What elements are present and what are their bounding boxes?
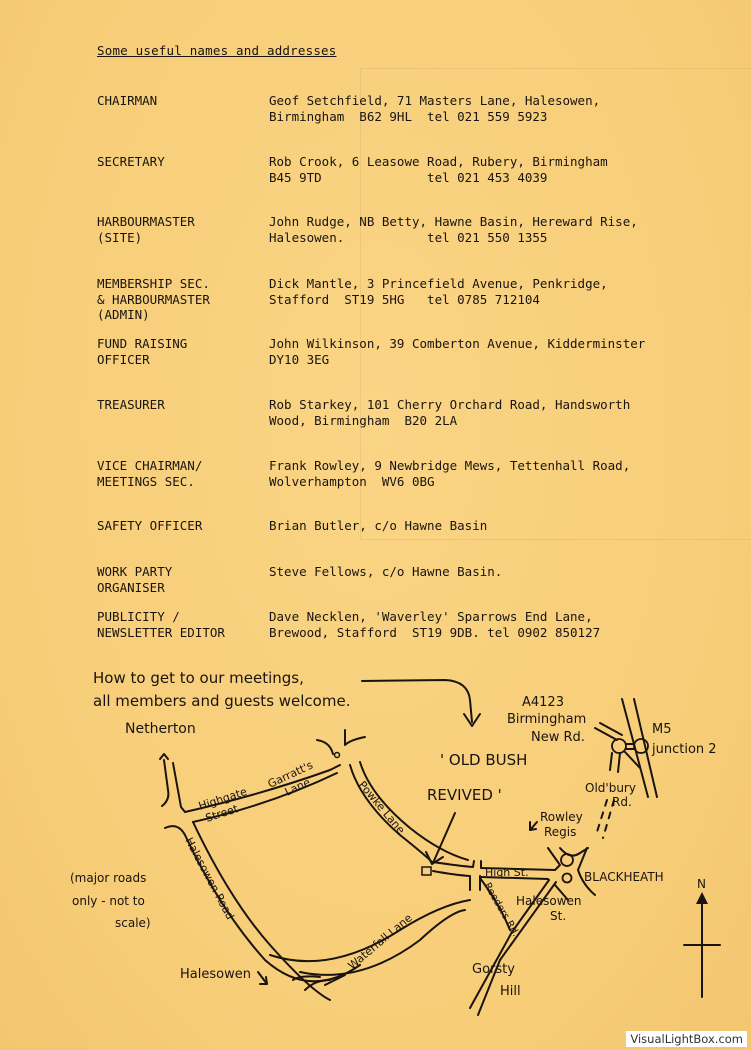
contact-address: Geof Setchfield, 71 Masters Lane, Haleso… <box>269 93 739 124</box>
road-a4123 <box>595 723 622 740</box>
label-reeders-rd: Reeders Rd. <box>481 881 521 939</box>
contact-role: CHAIRMAN <box>97 93 267 109</box>
contact-role: VICE CHAIRMAN/ MEETINGS SEC. <box>97 458 267 489</box>
roundabout-blackheath-lower <box>563 874 572 883</box>
contact-role: TREASURER <box>97 397 267 413</box>
contact-address: Rob Crook, 6 Leasowe Road, Rubery, Birmi… <box>269 154 739 185</box>
label-halesowen-st-2: St. <box>550 909 566 923</box>
label-gorsty-2: Hill <box>500 984 521 999</box>
roundabout-top <box>335 753 340 758</box>
label-halesowen-st-1: Halesowen <box>516 894 582 908</box>
label-junction-2: junction 2 <box>651 742 717 757</box>
label-m5: M5 <box>652 722 672 737</box>
halesowen-arrow-icon <box>258 972 267 984</box>
label-high-st: High St. <box>485 866 529 879</box>
rowley-arrow-icon <box>530 822 537 830</box>
contact-address: Brian Butler, c/o Hawne Basin <box>269 518 739 534</box>
venue-label-line1: ' OLD BUSH <box>440 751 527 769</box>
contact-role: SAFETY OFFICER <box>97 518 267 534</box>
label-oldbury-1: Old'bury <box>585 781 636 795</box>
label-powke-lane: Powke Lane <box>356 779 408 837</box>
scale-note-line2: only - not to <box>72 894 145 908</box>
north-arrow-icon <box>696 892 708 904</box>
contact-address: Frank Rowley, 9 Newbridge Mews, Tettenha… <box>269 458 739 489</box>
label-halesowen-road: Halesowen Road <box>182 835 236 922</box>
label-oldbury-2: Rd. <box>612 795 632 809</box>
contact-role: SECRETARY <box>97 154 267 170</box>
road-m5-link <box>626 744 634 749</box>
caption-arrow <box>362 680 472 722</box>
label-new-rd: New Rd. <box>531 730 585 745</box>
label-rowley-1: Rowley <box>540 810 583 824</box>
road-junction-top-right <box>345 730 365 745</box>
contact-role: HARBOURMASTER (SITE) <box>97 214 267 245</box>
contact-address: Rob Starkey, 101 Cherry Orchard Road, Ha… <box>269 397 739 428</box>
label-birmingham: Birmingham <box>507 712 586 727</box>
map-caption-line2: all members and guests welcome. <box>93 692 350 710</box>
scale-note-line3: scale) <box>115 916 151 930</box>
label-a4123: A4123 <box>522 695 564 710</box>
road-high-st-lower-a <box>433 871 470 890</box>
contact-role: WORK PARTY ORGANISER <box>97 564 267 595</box>
scale-note-line1: (major roads <box>70 871 146 885</box>
contact-address: John Wilkinson, 39 Comberton Avenue, Kid… <box>269 336 739 367</box>
label-rowley-2: Regis <box>544 825 576 839</box>
road-high-st-upper-a <box>433 861 474 867</box>
watermark: VisualLightBox.com <box>626 1031 747 1047</box>
north-arrow-netherton-icon <box>160 754 168 759</box>
road-blackheath-nw <box>548 848 560 870</box>
roundabout-blackheath-upper <box>561 854 573 866</box>
label-netherton: Netherton <box>125 721 196 737</box>
road-junction-top-left <box>317 740 333 754</box>
north-label: N <box>697 877 706 891</box>
label-blackheath: BLACKHEATH <box>584 870 664 884</box>
contact-address: Dick Mantle, 3 Princefield Avenue, Penkr… <box>269 276 739 307</box>
contact-role: PUBLICITY / NEWSLETTER EDITOR <box>97 609 267 640</box>
hand-drawn-map: How to get to our meetings, all members … <box>0 650 751 1050</box>
road-oldbury-top <box>610 752 640 772</box>
page-heading: Some useful names and addresses <box>97 43 337 58</box>
road-netherton-left <box>162 760 168 806</box>
pub-marker-icon <box>422 867 431 875</box>
venue-arrow <box>433 813 455 863</box>
contact-address: Dave Necklen, 'Waverley' Sparrows End La… <box>269 609 739 640</box>
contact-role: FUND RAISING OFFICER <box>97 336 267 367</box>
road-netherton-right <box>173 763 185 812</box>
label-gorsty-1: Gorsty <box>472 962 515 977</box>
venue-label-line2: REVIVED ' <box>427 786 502 804</box>
contact-address: John Rudge, NB Betty, Hawne Basin, Herew… <box>269 214 739 245</box>
contact-address: Steve Fellows, c/o Hawne Basin. <box>269 564 739 580</box>
contact-role: MEMBERSHIP SEC. & HARBOURMASTER (ADMIN) <box>97 276 267 323</box>
map-caption-line1: How to get to our meetings, <box>93 669 304 687</box>
label-halesowen: Halesowen <box>180 967 251 982</box>
roundabout-m5-west <box>612 739 626 753</box>
